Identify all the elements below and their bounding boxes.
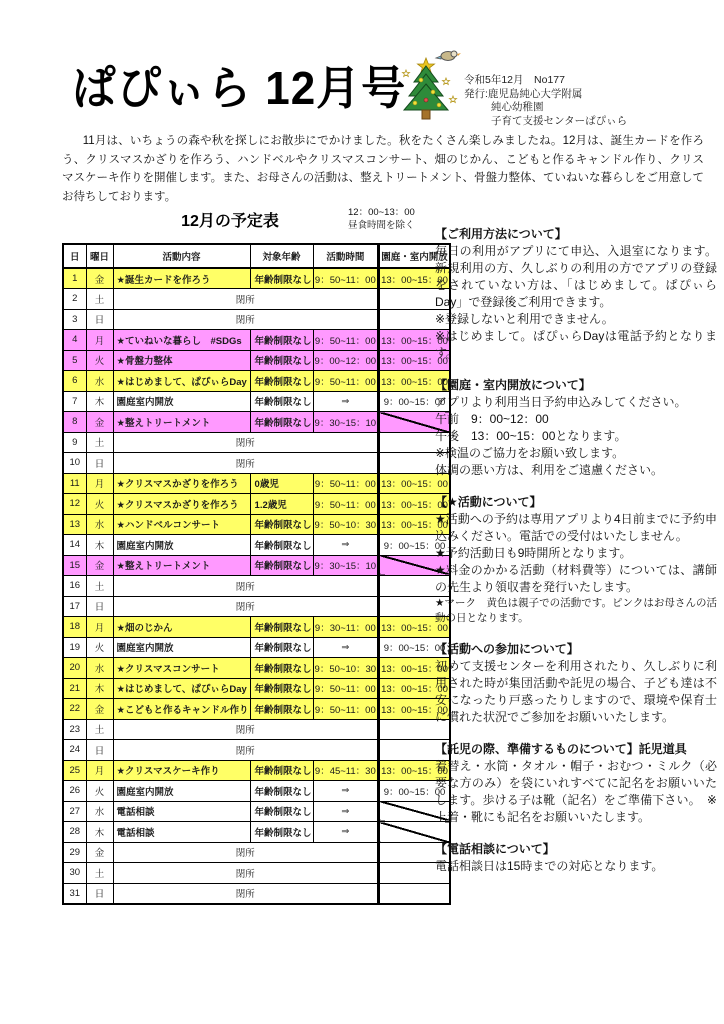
weekday-cell: 水	[86, 371, 113, 392]
weekday-cell: 金	[86, 842, 113, 863]
day-cell: 29	[63, 842, 86, 863]
info-text: 午後 13：00~15：00となります。	[435, 428, 717, 445]
weekday-cell: 月	[86, 473, 113, 494]
table-header-row: 日曜日活動内容対象年齢活動時間園庭・室内開放	[63, 244, 450, 268]
time-cell: 9：50~11：00	[313, 699, 379, 720]
weekday-cell: 水	[86, 801, 113, 822]
day-cell: 5	[63, 350, 86, 371]
table-row: 7木園庭室内開放年齢制限なし⇒9：00~15：00	[63, 391, 450, 412]
closed-cell: 閉所	[113, 289, 379, 310]
closed-cell: 閉所	[113, 740, 379, 761]
table-row: 12火★クリスマスかざりを作ろう1.2歳児9：50~11：0013：00~15：…	[63, 494, 450, 515]
day-cell: 30	[63, 863, 86, 884]
weekday-cell: 土	[86, 719, 113, 740]
time-cell: 9：50~11：00	[313, 330, 379, 351]
time-cell: ⇒	[313, 801, 379, 822]
schedule-note: 12：00~13：00 昼食時間を除く	[348, 206, 415, 232]
time-cell: 9：50~11：00	[313, 268, 379, 289]
weekday-cell: 月	[86, 330, 113, 351]
info-section-heading: 【ご利用方法について】	[435, 226, 717, 243]
weekday-cell: 土	[86, 432, 113, 453]
christmas-tree-image	[396, 48, 468, 124]
weekday-cell: 金	[86, 412, 113, 433]
table-row: 17日閉所	[63, 596, 450, 617]
activity-cell: ★ていねいな暮らし #SDGs	[113, 330, 250, 351]
table-row: 29金閉所	[63, 842, 450, 863]
day-cell: 3	[63, 309, 86, 330]
weekday-cell: 月	[86, 617, 113, 638]
info-text: 電話相談日は15時までの対応となります。	[435, 858, 717, 875]
info-section: 【電話相談について】電話相談日は15時までの対応となります。	[435, 841, 717, 875]
activity-cell: 園庭室内開放	[113, 781, 250, 802]
weekday-cell: 月	[86, 760, 113, 781]
table-row: 9土閉所	[63, 432, 450, 453]
day-cell: 1	[63, 268, 86, 289]
table-row: 31日閉所	[63, 883, 450, 904]
day-cell: 16	[63, 576, 86, 597]
age-cell: 年齢制限なし	[250, 555, 313, 576]
weekday-cell: 日	[86, 883, 113, 904]
day-cell: 18	[63, 617, 86, 638]
table-row: 3日閉所	[63, 309, 450, 330]
age-cell: 年齢制限なし	[250, 822, 313, 843]
schedule-table: 日曜日活動内容対象年齢活動時間園庭・室内開放 1金★誕生カードを作ろう年齢制限な…	[62, 243, 451, 905]
weekday-cell: 土	[86, 576, 113, 597]
info-text-small: ★マーク 黄色は親子での活動です。ピンクはお母さんの活動の日となります。	[435, 596, 717, 626]
activity-cell: ★クリスマスコンサート	[113, 658, 250, 679]
weekday-cell: 木	[86, 535, 113, 556]
time-cell: 9：30~11：00	[313, 617, 379, 638]
time-cell: 9：45~11：30	[313, 760, 379, 781]
info-section-heading: 【託児の際、準備するものについて】託児道具	[435, 741, 717, 758]
age-cell: 年齢制限なし	[250, 699, 313, 720]
day-cell: 17	[63, 596, 86, 617]
day-cell: 24	[63, 740, 86, 761]
time-cell: 9：50~11：00	[313, 473, 379, 494]
age-cell: 年齢制限なし	[250, 617, 313, 638]
day-cell: 26	[63, 781, 86, 802]
weekday-cell: 木	[86, 822, 113, 843]
day-cell: 4	[63, 330, 86, 351]
schedule-note-line2: 昼食時間を除く	[348, 219, 415, 232]
weekday-cell: 火	[86, 494, 113, 515]
table-row: 26火園庭室内開放年齢制限なし⇒9：00~15：00	[63, 781, 450, 802]
age-cell: 年齢制限なし	[250, 637, 313, 658]
weekday-cell: 火	[86, 637, 113, 658]
issue-info-line: 子育て支援センターぱぴぃら	[464, 115, 627, 129]
activity-cell: ★クリスマスかざりを作ろう	[113, 494, 250, 515]
age-cell: 年齢制限なし	[250, 658, 313, 679]
info-section-heading: 【電話相談について】	[435, 841, 717, 858]
closed-cell: 閉所	[113, 432, 379, 453]
table-row: 8金★整えトリートメント年齢制限なし9：30~15：10	[63, 412, 450, 433]
day-cell: 23	[63, 719, 86, 740]
time-cell: 9：50~11：00	[313, 371, 379, 392]
closed-cell: 閉所	[113, 842, 379, 863]
time-cell: 9：30~15：10	[313, 412, 379, 433]
age-cell: 年齢制限なし	[250, 391, 313, 412]
table-row: 28木電話相談年齢制限なし⇒	[63, 822, 450, 843]
info-section-heading: 【★活動について】	[435, 494, 717, 511]
age-cell: 0歳児	[250, 473, 313, 494]
time-cell: ⇒	[313, 391, 379, 412]
time-cell: ⇒	[313, 637, 379, 658]
column-header: 活動時間	[313, 244, 379, 268]
info-text: ★料金のかかる活動（材料費等）については、講師の先生より領収書を発行いたします。	[435, 562, 717, 596]
weekday-cell: 金	[86, 555, 113, 576]
column-header: 曜日	[86, 244, 113, 268]
day-cell: 27	[63, 801, 86, 822]
weekday-cell: 日	[86, 740, 113, 761]
closed-cell: 閉所	[113, 863, 379, 884]
table-row: 25月★クリスマスケーキ作り年齢制限なし9：45~11：3013：00~15：0…	[63, 760, 450, 781]
weekday-cell: 木	[86, 678, 113, 699]
table-row: 21木★はじめまして、ぱぴぃらDay年齢制限なし9：50~11：0013：00~…	[63, 678, 450, 699]
table-row: 20水★クリスマスコンサート年齢制限なし9：50~10：3013：00~15：0…	[63, 658, 450, 679]
day-cell: 11	[63, 473, 86, 494]
closed-cell: 閉所	[113, 309, 379, 330]
table-row: 27水電話相談年齢制限なし⇒	[63, 801, 450, 822]
info-section: 【活動への参加について】初めて支援センターを利用されたり、久しぶりに利用された時…	[435, 641, 717, 726]
table-row: 1金★誕生カードを作ろう年齢制限なし9：50~11：0013：00~15：00	[63, 268, 450, 289]
closed-cell: 閉所	[113, 453, 379, 474]
day-cell: 7	[63, 391, 86, 412]
activity-cell: 園庭室内開放	[113, 637, 250, 658]
table-row: 23土閉所	[63, 719, 450, 740]
day-cell: 28	[63, 822, 86, 843]
info-text: 体調の悪い方は、利用をご遠慮ください。	[435, 462, 717, 479]
weekday-cell: 日	[86, 309, 113, 330]
activity-cell: 電話相談	[113, 801, 250, 822]
table-row: 4月★ていねいな暮らし #SDGs年齢制限なし9：50~11：0013：00~1…	[63, 330, 450, 351]
activity-cell: ★整えトリートメント	[113, 412, 250, 433]
issue-info: 令和5年12月 No177発行:鹿児島純心大学附属純心幼稚園子育て支援センターぱ…	[464, 74, 627, 128]
day-cell: 2	[63, 289, 86, 310]
closed-cell: 閉所	[113, 883, 379, 904]
table-row: 5火★骨盤力整体年齢制限なし9：00~12：0013：00~15：00	[63, 350, 450, 371]
intro-paragraph: 11月は、いちょうの森や秋を探しにお散歩にでかけました。秋をたくさん楽しみました…	[62, 132, 704, 206]
weekday-cell: 金	[86, 268, 113, 289]
day-cell: 8	[63, 412, 86, 433]
schedule-note-line1: 12：00~13：00	[348, 206, 415, 219]
info-text: アプリより利用当日予約申込みしてください。	[435, 394, 717, 411]
info-section: 【園庭・室内開放について】アプリより利用当日予約申込みしてください。午前 9：0…	[435, 377, 717, 479]
day-cell: 12	[63, 494, 86, 515]
info-text: ※登録しないと利用できません。	[435, 311, 717, 328]
column-header: 対象年齢	[250, 244, 313, 268]
weekday-cell: 金	[86, 699, 113, 720]
weekday-cell: 土	[86, 289, 113, 310]
time-cell: 9：50~11：00	[313, 678, 379, 699]
age-cell: 年齢制限なし	[250, 535, 313, 556]
time-cell: ⇒	[313, 822, 379, 843]
weekday-cell: 日	[86, 596, 113, 617]
age-cell: 1.2歳児	[250, 494, 313, 515]
closed-cell: 閉所	[113, 576, 379, 597]
weekday-cell: 水	[86, 658, 113, 679]
table-row: 18月★畑のじかん年齢制限なし9：30~11：0013：00~15：00	[63, 617, 450, 638]
info-text: 午前 9：00~12：00	[435, 411, 717, 428]
issue-info-line: 令和5年12月 No177	[464, 74, 627, 88]
day-cell: 9	[63, 432, 86, 453]
time-cell: 9：00~12：00	[313, 350, 379, 371]
table-row: 13水★ハンドベルコンサート年齢制限なし9：50~10：3013：00~15：0…	[63, 514, 450, 535]
time-cell: 9：30~15：10	[313, 555, 379, 576]
info-text: ★予約活動日も9時開所となります。	[435, 545, 717, 562]
age-cell: 年齢制限なし	[250, 371, 313, 392]
time-cell: 9：50~11：00	[313, 494, 379, 515]
table-row: 6水★はじめまして、ぱぴぃらDay年齢制限なし9：50~11：0013：00~1…	[63, 371, 450, 392]
info-column: 【ご利用方法について】毎日の利用がアプリにて申込、入退室になります。新規利用の方…	[435, 226, 717, 890]
age-cell: 年齢制限なし	[250, 350, 313, 371]
age-cell: 年齢制限なし	[250, 801, 313, 822]
time-cell: 9：50~10：30	[313, 514, 379, 535]
page-title: ぱぴぃら 12月号	[72, 50, 406, 117]
time-cell: ⇒	[313, 535, 379, 556]
info-text: 着替え・水筒・タオル・帽子・おむつ・ミルク（必要な方のみ）を袋にいれすべてに記名…	[435, 758, 717, 826]
closed-cell: 閉所	[113, 596, 379, 617]
activity-cell: ★整えトリートメント	[113, 555, 250, 576]
column-header: 活動内容	[113, 244, 250, 268]
activity-cell: ★クリスマスかざりを作ろう	[113, 473, 250, 494]
activity-cell: ★誕生カードを作ろう	[113, 268, 250, 289]
table-row: 16土閉所	[63, 576, 450, 597]
info-section: 【★活動について】★活動への予約は専用アプリより4日前までに予約申込みください。…	[435, 494, 717, 626]
weekday-cell: 水	[86, 514, 113, 535]
activity-cell: ★こどもと作るキャンドル作り	[113, 699, 250, 720]
weekday-cell: 火	[86, 350, 113, 371]
info-text: ※はじめまして。ぱぴぃらDayは電話予約となります。	[435, 328, 717, 362]
activity-cell: ★ハンドベルコンサート	[113, 514, 250, 535]
age-cell: 年齢制限なし	[250, 268, 313, 289]
table-row: 15金★整えトリートメント年齢制限なし9：30~15：10	[63, 555, 450, 576]
activity-cell: 園庭室内開放	[113, 535, 250, 556]
table-row: 19火園庭室内開放年齢制限なし⇒9：00~15：00	[63, 637, 450, 658]
age-cell: 年齢制限なし	[250, 514, 313, 535]
table-row: 30土閉所	[63, 863, 450, 884]
table-row: 2土閉所	[63, 289, 450, 310]
issue-info-line: 発行:鹿児島純心大学附属	[464, 88, 627, 102]
activity-cell: ★クリスマスケーキ作り	[113, 760, 250, 781]
info-section-heading: 【活動への参加について】	[435, 641, 717, 658]
newsletter-page: ぱぴぃら 12月号	[0, 0, 724, 1024]
day-cell: 13	[63, 514, 86, 535]
table-row: 22金★こどもと作るキャンドル作り年齢制限なし9：50~11：0013：00~1…	[63, 699, 450, 720]
day-cell: 15	[63, 555, 86, 576]
info-text: ※検温のご協力をお願い致します。	[435, 445, 717, 462]
age-cell: 年齢制限なし	[250, 330, 313, 351]
info-section-heading: 【園庭・室内開放について】	[435, 377, 717, 394]
time-cell: ⇒	[313, 781, 379, 802]
day-cell: 20	[63, 658, 86, 679]
activity-cell: ★はじめまして、ぱぴぃらDay	[113, 678, 250, 699]
table-row: 24日閉所	[63, 740, 450, 761]
info-text: ★活動への予約は専用アプリより4日前までに予約申込みください。電話での受付はいた…	[435, 511, 717, 545]
info-text: 毎日の利用がアプリにて申込、入退室になります。新規利用の方、久しぶりの利用の方で…	[435, 243, 717, 311]
weekday-cell: 日	[86, 453, 113, 474]
activity-cell: 電話相談	[113, 822, 250, 843]
activity-cell: ★はじめまして、ぱぴぃらDay	[113, 371, 250, 392]
table-row: 10日閉所	[63, 453, 450, 474]
day-cell: 25	[63, 760, 86, 781]
day-cell: 6	[63, 371, 86, 392]
weekday-cell: 土	[86, 863, 113, 884]
day-cell: 19	[63, 637, 86, 658]
issue-info-line: 純心幼稚園	[464, 101, 627, 115]
activity-cell: ★骨盤力整体	[113, 350, 250, 371]
table-row: 14木園庭室内開放年齢制限なし⇒9：00~15：00	[63, 535, 450, 556]
weekday-cell: 火	[86, 781, 113, 802]
day-cell: 21	[63, 678, 86, 699]
schedule-title: 12月の予定表	[110, 208, 350, 231]
bird-icon	[436, 51, 461, 61]
day-cell: 31	[63, 883, 86, 904]
age-cell: 年齢制限なし	[250, 412, 313, 433]
age-cell: 年齢制限なし	[250, 678, 313, 699]
table-row: 11月★クリスマスかざりを作ろう0歳児9：50~11：0013：00~15：00	[63, 473, 450, 494]
activity-cell: ★畑のじかん	[113, 617, 250, 638]
age-cell: 年齢制限なし	[250, 781, 313, 802]
column-header: 日	[63, 244, 86, 268]
day-cell: 10	[63, 453, 86, 474]
day-cell: 14	[63, 535, 86, 556]
closed-cell: 閉所	[113, 719, 379, 740]
weekday-cell: 木	[86, 391, 113, 412]
info-text: 初めて支援センターを利用されたり、久しぶりに利用された時が集団活動や託児の場合、…	[435, 658, 717, 726]
activity-cell: 園庭室内開放	[113, 391, 250, 412]
info-section: 【ご利用方法について】毎日の利用がアプリにて申込、入退室になります。新規利用の方…	[435, 226, 717, 362]
age-cell: 年齢制限なし	[250, 760, 313, 781]
time-cell: 9：50~10：30	[313, 658, 379, 679]
day-cell: 22	[63, 699, 86, 720]
info-section: 【託児の際、準備するものについて】託児道具着替え・水筒・タオル・帽子・おむつ・ミ…	[435, 741, 717, 826]
